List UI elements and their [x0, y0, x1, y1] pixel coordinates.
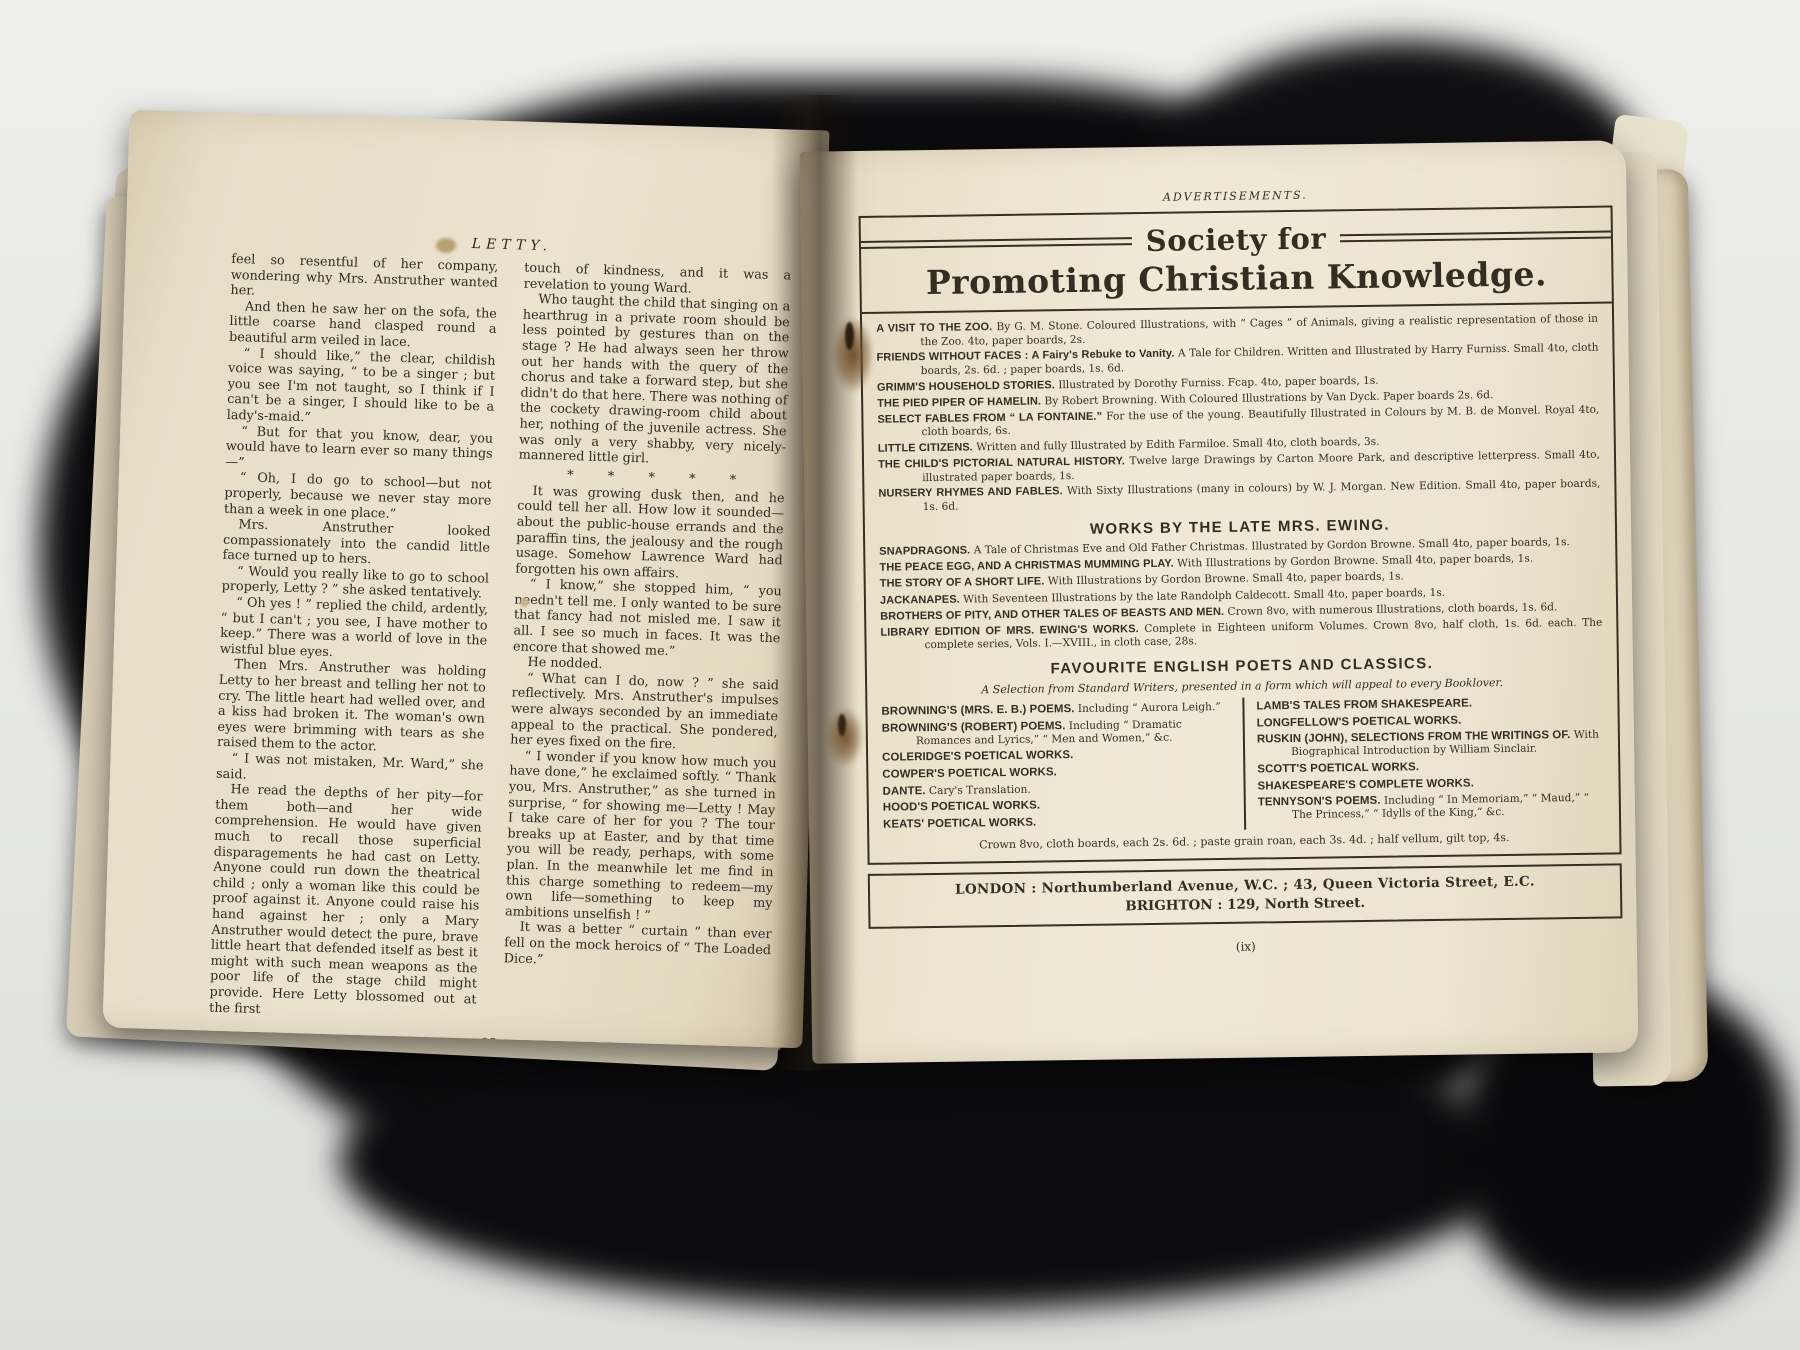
book-entry-details: With Illustrations by Gordon Browne. Sma…	[1048, 571, 1404, 588]
paragraph: “ I wonder if you know how much you have…	[505, 748, 777, 927]
poet-entry-title: COLERIDGE'S POETICAL WORKS.	[882, 749, 1073, 764]
poet-entry: TENNYSON'S POEMS. Including “ In Memoria…	[1258, 791, 1605, 823]
poet-entry: KEATS' POETICAL WORKS.	[883, 813, 1234, 832]
poet-entry-title: DANTE.	[883, 785, 926, 798]
poet-entry: LONGFELLOW'S POETICAL WORKS.	[1257, 711, 1604, 730]
book-entry-title: LITTLE CITIZENS.	[878, 441, 973, 454]
paragraph: Who taught the child that singing on a h…	[518, 292, 790, 471]
double-rule-right	[1340, 230, 1611, 242]
poet-entry-title: TENNYSON'S POEMS.	[1258, 795, 1381, 809]
poet-entry-title: BROWNING'S (MRS. E. B.) POEMS.	[881, 703, 1074, 718]
poet-entry: HOOD'S POETICAL WORKS.	[883, 796, 1234, 815]
poet-entry: RUSKIN (JOHN), SELECTIONS FROM THE WRITI…	[1257, 728, 1604, 760]
paragraph: “ What can I do, now ? ” she said reflec…	[510, 670, 779, 756]
book-entry-title: SELECT FABLES FROM “ LA FONTAINE.”	[877, 410, 1102, 425]
poet-entry-title: SHAKESPEARE'S COMPLETE WORKS.	[1257, 777, 1474, 792]
book-entry-title: FRIENDS WITHOUT FACES : A Fairy's Rebuke…	[876, 348, 1174, 364]
book-entry-details: Written and fully Illustrated by Edith F…	[976, 436, 1379, 454]
book-entry-details: With Illustrations by Gordon Browne. Sma…	[1177, 553, 1533, 570]
poet-entry-details: Including “ Aurora Leigh.”	[1078, 701, 1221, 715]
poet-entry: COWPER'S POETICAL WORKS.	[882, 763, 1233, 782]
book-entry-details: Crown 8vo, with numerous Illustrations, …	[1227, 601, 1557, 618]
book-entry-title: BROTHERS OF PITY, AND OTHER TALES OF BEA…	[880, 606, 1224, 623]
left-page-content: LETTY. feel so resentful of her company,…	[103, 110, 830, 1048]
book-entry-title: SNAPDRAGONS.	[879, 545, 970, 558]
book-entry-title: THE CHILD'S PICTORIAL NATURAL HISTORY.	[878, 455, 1125, 470]
poet-entry-title: LONGFELLOW'S POETICAL WORKS.	[1257, 714, 1462, 729]
paragraph: Then Mrs. Anstruther was holding Letty t…	[217, 657, 487, 758]
poet-entry: SCOTT'S POETICAL WORKS.	[1257, 758, 1604, 777]
poet-entry-title: SCOTT'S POETICAL WORKS.	[1257, 761, 1419, 775]
society-title-line1: Society for	[1146, 221, 1327, 258]
poet-entry: BROWNING'S (ROBERT) POEMS. Including “ D…	[882, 716, 1233, 748]
poet-entry: BROWNING'S (MRS. E. B.) POEMS. Including…	[881, 700, 1232, 719]
paragraph: Mrs. Anstruther looked compassionately i…	[222, 517, 490, 572]
poet-entry-title: COWPER'S POETICAL WORKS.	[882, 766, 1057, 780]
poets-left-column: BROWNING'S (MRS. E. B.) POEMS. Including…	[881, 697, 1244, 834]
paragraph: It was growing dusk then, and he could t…	[515, 483, 785, 584]
poet-entry-title: KEATS' POETICAL WORKS.	[883, 817, 1036, 831]
paragraph: “ I know,” she stopped him, “ you needn'…	[513, 577, 782, 663]
poet-entry-title: LAMB'S TALES FROM SHAKESPEARE.	[1256, 697, 1472, 712]
poet-entry: LAMB'S TALES FROM SHAKESPEARE.	[1256, 695, 1603, 714]
left-page: LETTY. feel so resentful of her company,…	[103, 110, 830, 1048]
book-entry-title: THE STORY OF A SHORT LIFE.	[880, 576, 1045, 590]
paragraph: “ But for that you know, dear, you would…	[225, 423, 493, 478]
right-text-column: touch of kindness, and it was a revelati…	[502, 261, 792, 1033]
poet-entry-details: Cary's Translation.	[929, 783, 1031, 796]
advertisement-box: Society for Promoting Christian Knowledg…	[859, 205, 1622, 864]
paragraph: feel so resentful of her company, wonder…	[230, 252, 498, 307]
photo-background: LETTY. feel so resentful of her company,…	[0, 0, 1800, 1350]
horizontal-rule	[862, 301, 1612, 313]
book-entry-title: JACKANAPES.	[880, 593, 960, 606]
paragraph: It was a better “ curtain ” than ever fe…	[504, 920, 772, 975]
advertisements-header: ADVERTISEMENTS.	[858, 184, 1612, 208]
text-columns: feel so resentful of her company, wonder…	[209, 252, 791, 1032]
paragraph: “ Oh, I do go to school—but not properly…	[224, 470, 492, 525]
society-title-line2: Promoting Christian Knowledge.	[875, 254, 1597, 303]
poet-entry: SHAKESPEARE'S COMPLETE WORKS.	[1257, 774, 1604, 793]
book-entry-title: A VISIT TO THE ZOO.	[876, 321, 992, 335]
right-page-content: ADVERTISEMENTS. Society for Promoting Ch…	[800, 140, 1637, 959]
paper-spot	[436, 238, 456, 253]
poet-entry: DANTE. Cary's Translation.	[883, 780, 1234, 799]
poets-columns: BROWNING'S (MRS. E. B.) POEMS. Including…	[881, 692, 1605, 834]
paragraph: “ I should like,” the clear, childish vo…	[227, 345, 496, 431]
paragraph: He read the depths of her pity—for them …	[209, 782, 483, 1024]
book-entry-title: THE PIED PIPER OF HAMELIN.	[877, 395, 1041, 409]
paragraph: And then he saw her on the sofa, the lit…	[229, 299, 497, 354]
book-entry-title: NURSERY RHYMES AND FABLES.	[878, 486, 1062, 501]
binding-hole	[845, 322, 854, 350]
binding-stain	[827, 708, 863, 766]
poet-entry-title: BROWNING'S (ROBERT) POEMS.	[882, 720, 1066, 735]
book-entry-title: GRIMM'S HOUSEHOLD STORIES.	[877, 379, 1055, 393]
paragraph: “ Oh yes ! ” replied the child, ardently…	[220, 595, 489, 665]
publisher-address-box: LONDON : Northumberland Avenue, W.C. ; 4…	[868, 863, 1623, 929]
binding-hole	[838, 714, 846, 736]
paper-spot	[520, 598, 529, 607]
page-number-right: (ix)	[869, 934, 1623, 959]
poet-entry: COLERIDGE'S POETICAL WORKS.	[882, 746, 1233, 765]
left-text-column: feel so resentful of her company, wonder…	[209, 252, 499, 1024]
book-entry-title: THE PEACE EGG, AND A CHRISTMAS MUMMING P…	[879, 558, 1173, 574]
book-entry-details: Illustrated by Dorothy Furniss. Fcap. 4t…	[1058, 374, 1378, 390]
double-rule-left	[861, 237, 1132, 249]
poet-entry-title: HOOD'S POETICAL WORKS.	[883, 800, 1040, 814]
right-page: ADVERTISEMENTS. Society for Promoting Ch…	[800, 140, 1639, 1063]
poets-right-column: LAMB'S TALES FROM SHAKESPEARE. LONGFELLO…	[1242, 692, 1605, 829]
